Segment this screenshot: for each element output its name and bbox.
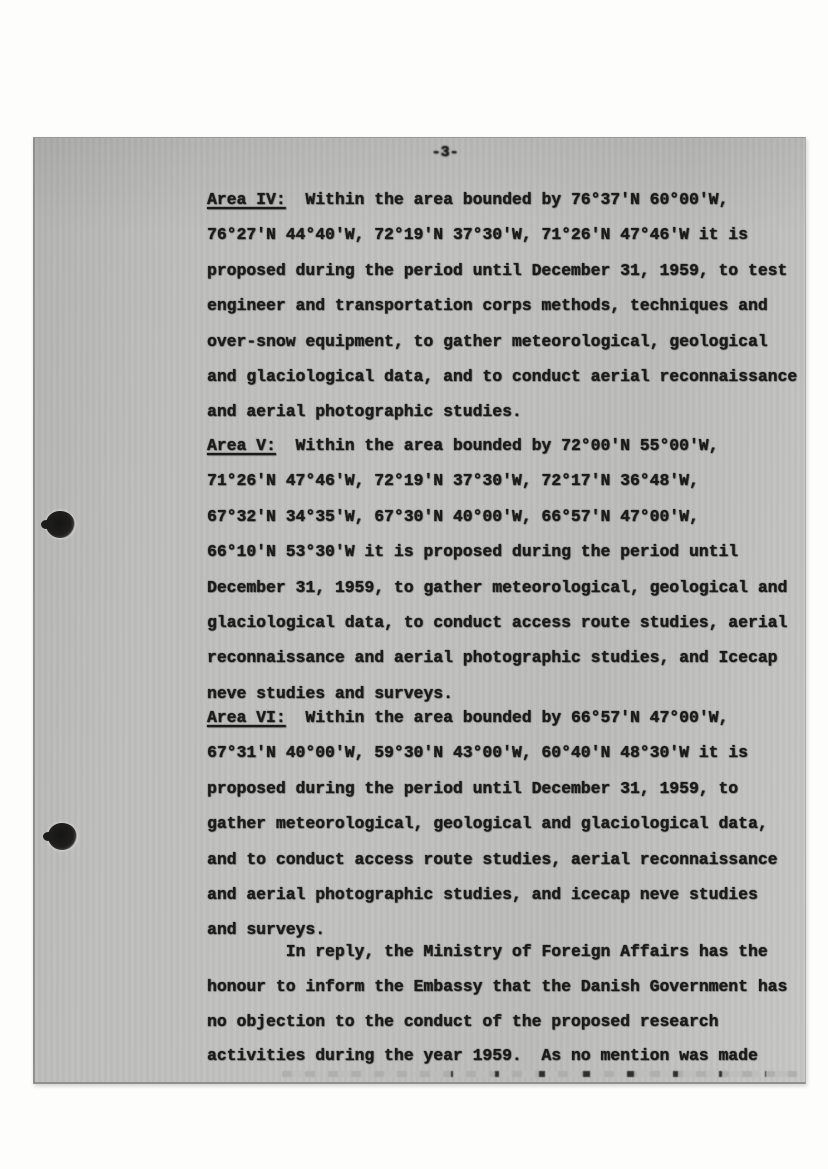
area-v-first-line: Within the area bounded by 72°00'N 55°00… — [276, 436, 719, 455]
document-page: -3- Area IV: Within the area bounded by … — [33, 137, 806, 1084]
area-iv-heading: Area IV: — [207, 190, 286, 209]
area-v-heading: Area V: — [207, 436, 276, 455]
punch-hole-top — [46, 511, 75, 538]
closing-paragraph: In reply, the Ministry of Foreign Affair… — [207, 935, 801, 1074]
area-vi-body: 67°31'N 40°00'W, 59°30'N 43°00'W, 60°40'… — [207, 743, 778, 939]
paragraph-area-vi: Area VI: Within the area bounded by 66°5… — [207, 700, 801, 948]
area-vi-first-line: Within the area bounded by 66°57'N 47°00… — [286, 708, 729, 727]
area-iv-body: 76°27'N 44°40'W, 72°19'N 37°30'W, 71°26'… — [207, 225, 797, 421]
area-iv-first-line: Within the area bounded by 76°37'N 60°00… — [286, 190, 729, 209]
cut-off-text-remnant — [282, 1071, 797, 1077]
area-vi-heading: Area VI: — [207, 708, 286, 727]
paragraph-area-iv: Area IV: Within the area bounded by 76°3… — [207, 182, 801, 430]
paragraph-area-v: Area V: Within the area bounded by 72°00… — [207, 428, 801, 711]
punch-hole-bottom — [48, 823, 77, 850]
area-v-body: 71°26'N 47°46'W, 72°19'N 37°30'W, 72°17'… — [207, 471, 787, 702]
scan-background: -3- Area IV: Within the area bounded by … — [0, 0, 828, 1169]
page-number: -3- — [415, 144, 475, 161]
